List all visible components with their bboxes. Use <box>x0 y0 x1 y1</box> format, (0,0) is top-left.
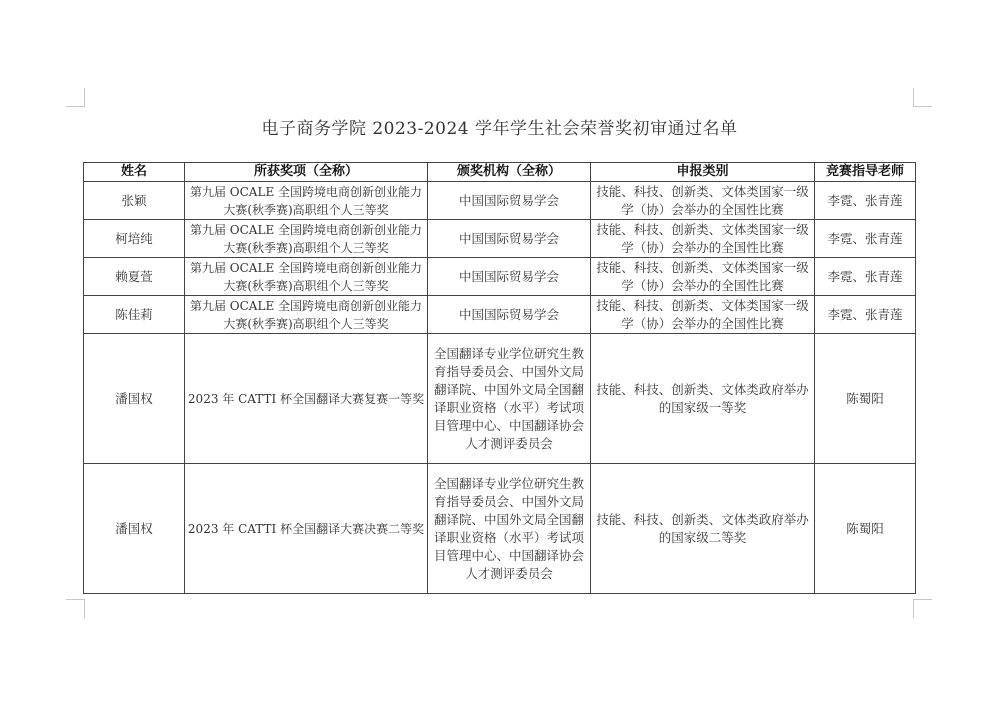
cell-advisor: 陈蜀阳 <box>815 334 916 464</box>
document-title: 电子商务学院 2023-2024 学年学生社会荣誉奖初审通过名单 <box>0 114 999 139</box>
table-header-row: 姓名 所获奖项（全称） 颁奖机构（全称） 申报类别 竞赛指导老师 <box>84 163 916 182</box>
table-row: 柯培纯 第九届 OCALE 全国跨境电商创新创业能力大赛(秋季赛)高职组个人三等… <box>84 220 916 258</box>
cell-award: 第九届 OCALE 全国跨境电商创新创业能力大赛(秋季赛)高职组个人三等奖 <box>185 220 428 258</box>
cell-organization: 中国国际贸易学会 <box>428 296 591 334</box>
award-list-table: 姓名 所获奖项（全称） 颁奖机构（全称） 申报类别 竞赛指导老师 张颖 第九届 … <box>83 162 916 594</box>
cell-award: 第九届 OCALE 全国跨境电商创新创业能力大赛(秋季赛)高职组个人三等奖 <box>185 182 428 220</box>
cell-name: 陈佳莉 <box>84 296 185 334</box>
table-row: 赖夏萱 第九届 OCALE 全国跨境电商创新创业能力大赛(秋季赛)高职组个人三等… <box>84 258 916 296</box>
cell-organization: 中国国际贸易学会 <box>428 182 591 220</box>
cell-category: 技能、科技、创新类、文体类政府举办的国家级二等奖 <box>591 464 815 594</box>
header-name: 姓名 <box>84 163 185 182</box>
page-margin-corner-top-left <box>66 88 85 107</box>
page-margin-corner-top-right <box>913 88 932 107</box>
cell-name: 潘国权 <box>84 334 185 464</box>
cell-advisor: 陈蜀阳 <box>815 464 916 594</box>
cell-organization: 全国翻译专业学位研究生教育指导委员会、中国外文局翻译院、中国外文局全国翻译职业资… <box>428 464 591 594</box>
header-advisor: 竞赛指导老师 <box>815 163 916 182</box>
cell-award: 2023 年 CATTI 杯全国翻译大赛复赛一等奖 <box>185 334 428 464</box>
cell-name: 柯培纯 <box>84 220 185 258</box>
header-category: 申报类别 <box>591 163 815 182</box>
header-organization: 颁奖机构（全称） <box>428 163 591 182</box>
cell-advisor: 李霓、张青莲 <box>815 220 916 258</box>
cell-name: 赖夏萱 <box>84 258 185 296</box>
cell-organization: 中国国际贸易学会 <box>428 220 591 258</box>
page-margin-corner-bottom-left <box>66 599 85 618</box>
cell-name: 潘国权 <box>84 464 185 594</box>
cell-advisor: 李霓、张青莲 <box>815 182 916 220</box>
cell-organization: 中国国际贸易学会 <box>428 258 591 296</box>
cell-category: 技能、科技、创新类、文体类国家一级学（协）会举办的全国性比赛 <box>591 296 815 334</box>
cell-advisor: 李霓、张青莲 <box>815 296 916 334</box>
header-award: 所获奖项（全称） <box>185 163 428 182</box>
table-row: 张颖 第九届 OCALE 全国跨境电商创新创业能力大赛(秋季赛)高职组个人三等奖… <box>84 182 916 220</box>
cell-award: 第九届 OCALE 全国跨境电商创新创业能力大赛(秋季赛)高职组个人三等奖 <box>185 296 428 334</box>
cell-category: 技能、科技、创新类、文体类国家一级学（协）会举办的全国性比赛 <box>591 182 815 220</box>
cell-organization: 全国翻译专业学位研究生教育指导委员会、中国外文局翻译院、中国外文局全国翻译职业资… <box>428 334 591 464</box>
cell-award: 第九届 OCALE 全国跨境电商创新创业能力大赛(秋季赛)高职组个人三等奖 <box>185 258 428 296</box>
table-row: 潘国权 2023 年 CATTI 杯全国翻译大赛复赛一等奖 全国翻译专业学位研究… <box>84 334 916 464</box>
page-margin-corner-bottom-right <box>913 599 932 618</box>
cell-category: 技能、科技、创新类、文体类国家一级学（协）会举办的全国性比赛 <box>591 220 815 258</box>
cell-name: 张颖 <box>84 182 185 220</box>
cell-category: 技能、科技、创新类、文体类政府举办的国家级一等奖 <box>591 334 815 464</box>
cell-category: 技能、科技、创新类、文体类国家一级学（协）会举办的全国性比赛 <box>591 258 815 296</box>
cell-award: 2023 年 CATTI 杯全国翻译大赛决赛二等奖 <box>185 464 428 594</box>
table-row: 陈佳莉 第九届 OCALE 全国跨境电商创新创业能力大赛(秋季赛)高职组个人三等… <box>84 296 916 334</box>
cell-advisor: 李霓、张青莲 <box>815 258 916 296</box>
table-row: 潘国权 2023 年 CATTI 杯全国翻译大赛决赛二等奖 全国翻译专业学位研究… <box>84 464 916 594</box>
